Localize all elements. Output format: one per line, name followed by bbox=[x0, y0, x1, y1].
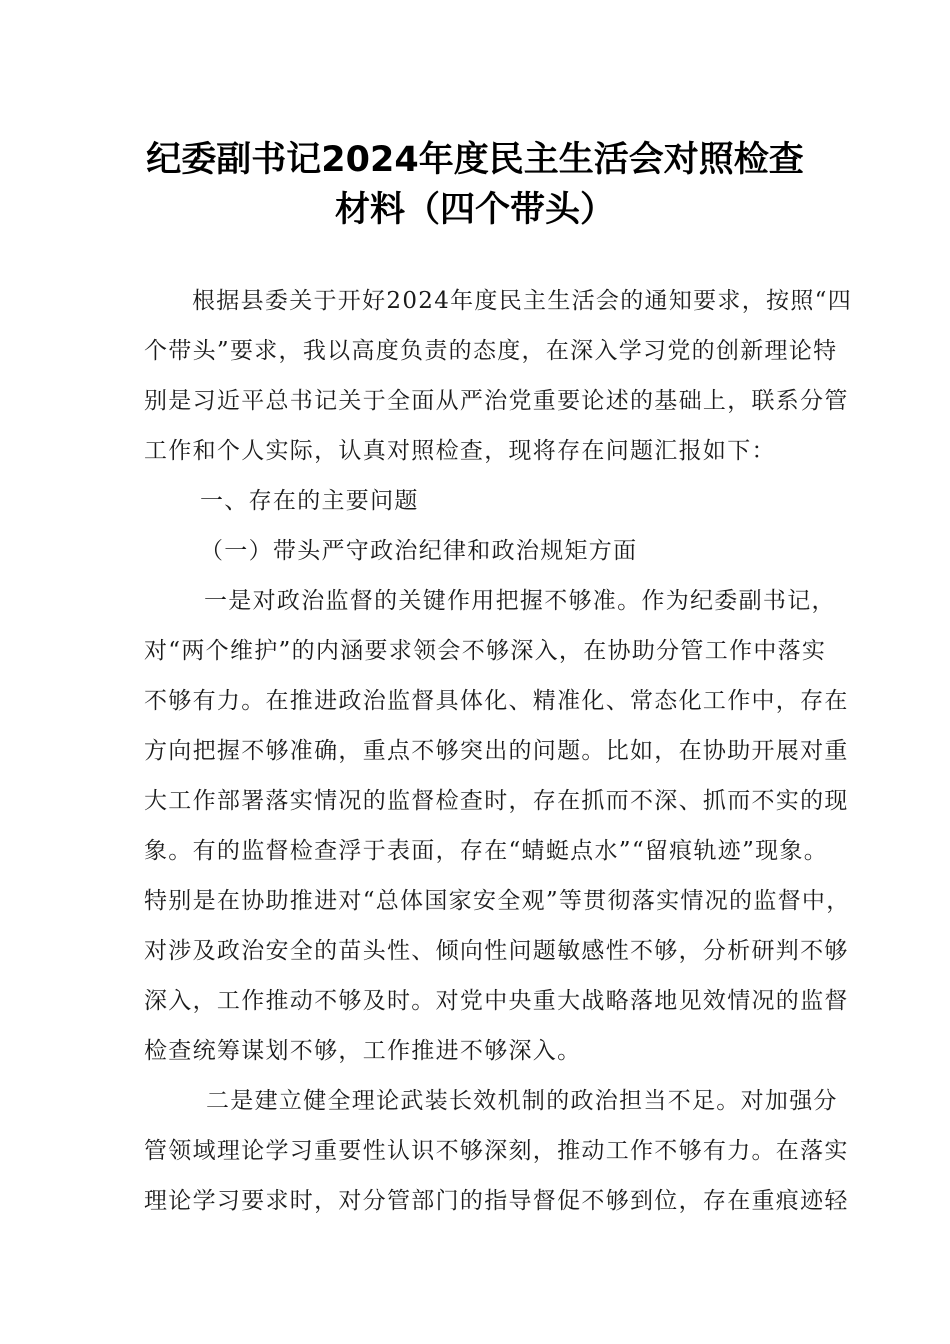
point1-line-7: 特别是在协助推进对“总体国家安全观”等贯彻落实情况的监督中， bbox=[144, 886, 844, 916]
point1-line-5: 大工作部署落实情况的监督检查时，存在抓而不深、抓而不实的现 bbox=[144, 786, 844, 816]
point2-line-2: 管领域理论学习重要性认识不够深刻，推动工作不够有力。在落实 bbox=[144, 1136, 844, 1166]
document-title-line-2: 材料（四个带头） bbox=[0, 182, 950, 232]
intro-line-1: 根据县委关于开好2024年度民主生活会的通知要求，按照“四 bbox=[192, 286, 892, 316]
point1-line-8: 对涉及政治安全的苗头性、倾向性问题敏感性不够，分析研判不够 bbox=[144, 936, 844, 966]
document-title-line-1: 纪委副书记2024年度民主生活会对照检查 bbox=[0, 132, 950, 182]
point2-line-3: 理论学习要求时，对分管部门的指导督促不够到位，存在重痕迹轻 bbox=[144, 1186, 844, 1216]
point1-line-3: 不够有力。在推进政治监督具体化、精准化、常态化工作中，存在 bbox=[144, 686, 844, 716]
point1-line-6: 象。有的监督检查浮于表面，存在“蜻蜓点水”“留痕轨迹”现象。 bbox=[144, 836, 844, 866]
point1-line-9: 深入，工作推动不够及时。对党中央重大战略落地见效情况的监督 bbox=[144, 986, 844, 1016]
intro-line-3: 别是习近平总书记关于全面从严治党重要论述的基础上，联系分管 bbox=[144, 386, 844, 416]
point2-line-1: 二是建立健全理论武装长效机制的政治担当不足。对加强分 bbox=[206, 1086, 906, 1116]
intro-line-2: 个带头”要求，我以高度负责的态度，在深入学习党的创新理论特 bbox=[144, 336, 844, 366]
document-page: 纪委副书记2024年度民主生活会对照检查 材料（四个带头） 根据县委关于开好20… bbox=[0, 0, 950, 1344]
point1-line-2: 对“两个维护”的内涵要求领会不够深入，在协助分管工作中落实 bbox=[144, 636, 844, 666]
point1-line-1: 一是对政治监督的关键作用把握不够准。作为纪委副书记， bbox=[204, 586, 904, 616]
section-heading: 一、存在的主要问题 bbox=[200, 486, 900, 516]
intro-line-4: 工作和个人实际，认真对照检查，现将存在问题汇报如下： bbox=[144, 436, 844, 466]
point1-line-10: 检查统筹谋划不够，工作推进不够深入。 bbox=[144, 1036, 844, 1066]
point1-line-4: 方向把握不够准确，重点不够突出的问题。比如，在协助开展对重 bbox=[144, 736, 844, 766]
subsection-heading: （一）带头严守政治纪律和政治规矩方面 bbox=[200, 536, 900, 566]
